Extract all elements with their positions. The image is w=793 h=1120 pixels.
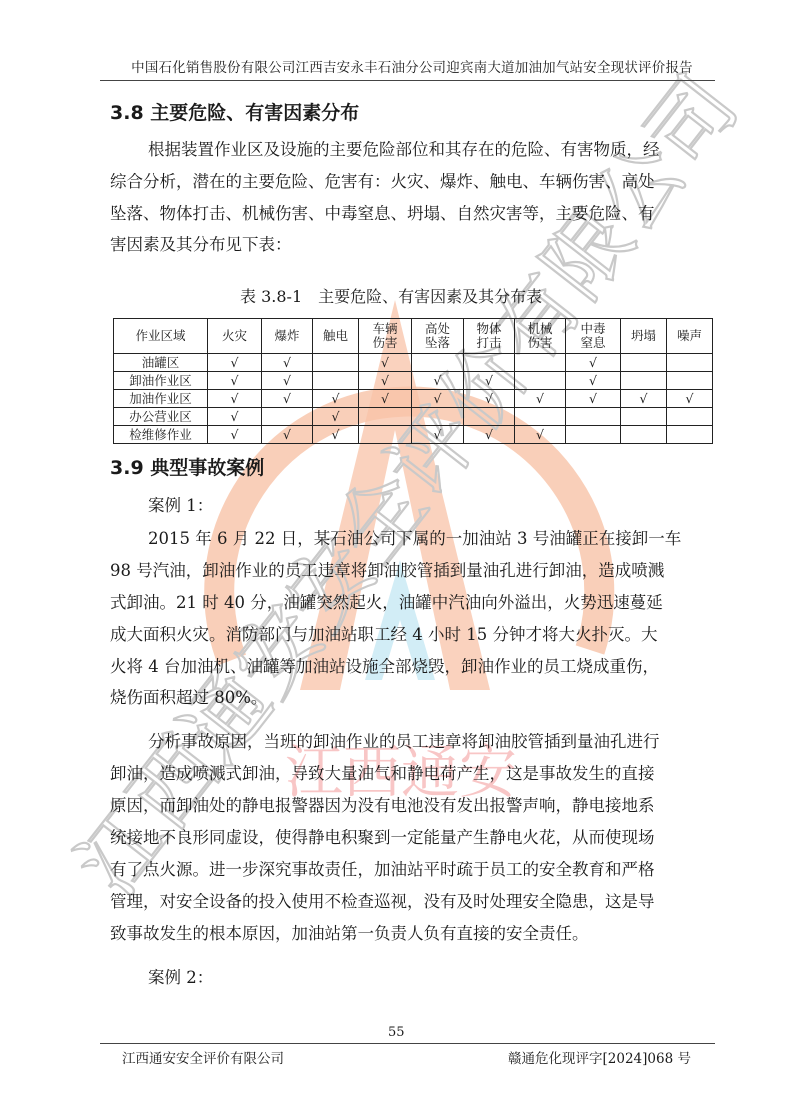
table-cell: √ (515, 390, 566, 408)
hazard-distribution-table: 作业区域 火灾 爆炸 触电 车辆伤害 高处坠落 物体打击 机械伤害 中毒窒息 坍… (113, 318, 713, 444)
paragraph-line: 火将 4 台加油机、油罐等加油站设施全部烧毁，卸油作业的员工烧成重伤， (110, 651, 659, 683)
table-cell (566, 408, 621, 426)
table-cell: √ (208, 408, 262, 426)
table-row: 加油作业区 √ √ √ √ √ √ √ √ √ √ (114, 390, 713, 408)
col-header-electric-shock: 触电 (313, 319, 359, 354)
col-header-poisoning: 中毒窒息 (566, 319, 621, 354)
table-cell: √ (208, 426, 262, 444)
table-cell: √ (313, 390, 359, 408)
paragraph-line: 原因，而卸油处的静电报警器因为没有电池没有发出报警声响，静电接地系 (110, 790, 655, 822)
table-cell (667, 426, 713, 444)
table-row: 办公营业区 √ √ (114, 408, 713, 426)
paragraph-line: 分析事故原因，当班的卸油作业的员工违章将卸油胶管插到量油孔进行 (148, 726, 660, 758)
table-cell: √ (208, 390, 262, 408)
table-cell (313, 354, 359, 372)
paragraph-line: 有了点火源。进一步深究事故责任，加油站平时疏于员工的安全教育和严格 (110, 854, 655, 886)
paragraph-line: 综合分析，潜在的主要危险、危害有：火灾、爆炸、触电、车辆伤害、高处 (110, 166, 655, 198)
paragraph-line: 根据装置作业区及设施的主要危险部位和其存在的危险、有害物质，经 (148, 134, 660, 166)
table-cell: √ (566, 354, 621, 372)
page-header-title: 中国石化销售股份有限公司江西吉安永丰石油分公司迎宾南大道加油加气站安全现状评价报… (122, 56, 702, 76)
table-cell: √ (566, 390, 621, 408)
table-cell: √ (667, 390, 713, 408)
paragraph-line: 2015 年 6 月 22 日，某石油公司下属的一加油站 3 号油罐正在接卸一车 (148, 523, 681, 555)
row-area-label: 油罐区 (114, 354, 208, 372)
section-heading-3-9: 3.9 典型事故案例 (110, 453, 264, 480)
table-cell: √ (262, 354, 313, 372)
col-header-area: 作业区域 (114, 319, 208, 354)
table-cell (621, 354, 667, 372)
table-row: 油罐区 √ √ √ √ (114, 354, 713, 372)
table-cell (621, 426, 667, 444)
footer-divider (100, 1043, 715, 1044)
table-cell (667, 408, 713, 426)
case-2-label: 案例 2： (148, 962, 213, 994)
header-divider (100, 80, 715, 81)
table-cell (515, 408, 566, 426)
row-area-label: 检维修作业 (114, 426, 208, 444)
table-cell (515, 354, 566, 372)
paragraph-line: 成大面积火灾。消防部门与加油站职工经 4 小时 15 分钟才将大火扑灭。大 (110, 619, 657, 651)
paragraph-line: 管理，对安全设备的投入使用不检查巡视，没有及时处理安全隐患，这是导 (110, 886, 655, 918)
table-row: 卸油作业区 √ √ √ √ √ √ (114, 372, 713, 390)
table-cell: √ (359, 372, 412, 390)
table-cell: √ (412, 390, 464, 408)
table-header-row: 作业区域 火灾 爆炸 触电 车辆伤害 高处坠落 物体打击 机械伤害 中毒窒息 坍… (114, 319, 713, 354)
table-row: 检维修作业 √ √ √ √ √ √ (114, 426, 713, 444)
table-cell (464, 408, 515, 426)
row-area-label: 加油作业区 (114, 390, 208, 408)
table-cell: √ (262, 372, 313, 390)
table-cell: √ (313, 408, 359, 426)
table-cell: √ (359, 390, 412, 408)
page-number: 55 (388, 1025, 405, 1040)
table-cell: √ (262, 390, 313, 408)
table-cell: √ (566, 372, 621, 390)
table-cell (412, 354, 464, 372)
table-cell (412, 408, 464, 426)
table-cell: √ (208, 354, 262, 372)
table-cell: √ (208, 372, 262, 390)
paragraph-line: 统接地不良形同虚设，使得静电积聚到一定能量产生静电火花，从而使现场 (110, 822, 655, 854)
row-area-label: 卸油作业区 (114, 372, 208, 390)
table-cell: √ (313, 426, 359, 444)
footer-doc-number: 赣通危化现评字[2024]068 号 (508, 1047, 691, 1067)
paragraph-line: 害因素及其分布见下表： (110, 229, 292, 261)
col-header-explosion: 爆炸 (262, 319, 313, 354)
table-cell (359, 426, 412, 444)
col-header-collapse: 坍塌 (621, 319, 667, 354)
table-cell: √ (464, 426, 515, 444)
table-cell: √ (464, 390, 515, 408)
table-cell (621, 372, 667, 390)
footer-company: 江西通安安全评价有限公司 (122, 1047, 284, 1067)
paragraph-line: 式卸油。21 时 40 分，油罐突然起火，油罐中汽油向外溢出，火势迅速蔓延 (110, 587, 663, 619)
table-cell: √ (359, 354, 412, 372)
table-cell: √ (464, 372, 515, 390)
paragraph-line: 致事故发生的根本原因，加油站第一负责人负有直接的安全责任。 (110, 918, 589, 950)
col-header-noise: 噪声 (667, 319, 713, 354)
table-cell (359, 408, 412, 426)
table-cell (515, 372, 566, 390)
section-heading-3-8: 3.8 主要危险、有害因素分布 (110, 98, 359, 125)
paragraph-line: 卸油，造成喷溅式卸油，导致大量油气和静电荷产生，这是事故发生的直接 (110, 758, 655, 790)
col-header-fire: 火灾 (208, 319, 262, 354)
case-1-label: 案例 1： (148, 490, 213, 522)
paragraph-line: 烧伤面积超过 80%。 (110, 682, 267, 714)
paragraph-line: 坠落、物体打击、机械伤害、中毒窒息、坍塌、自然灾害等，主要危险、有 (110, 198, 655, 230)
table-cell: √ (412, 426, 464, 444)
row-area-label: 办公营业区 (114, 408, 208, 426)
table-cell: √ (412, 372, 464, 390)
col-header-mechanical-injury: 机械伤害 (515, 319, 566, 354)
col-header-vehicle-injury: 车辆伤害 (359, 319, 412, 354)
table-cell (464, 354, 515, 372)
table-cell (262, 408, 313, 426)
table-caption: 表 3.8-1 主要危险、有害因素及其分布表 (240, 284, 542, 307)
table-cell (667, 372, 713, 390)
table-cell: √ (515, 426, 566, 444)
table-cell: √ (621, 390, 667, 408)
table-cell: √ (262, 426, 313, 444)
table-cell (667, 354, 713, 372)
paragraph-line: 98 号汽油，卸油作业的员工违章将卸油胶管插到量油孔进行卸油，造成喷溅 (110, 555, 664, 587)
col-header-fall: 高处坠落 (412, 319, 464, 354)
table-cell (313, 372, 359, 390)
table-cell (566, 426, 621, 444)
col-header-object-strike: 物体打击 (464, 319, 515, 354)
table-cell (621, 408, 667, 426)
